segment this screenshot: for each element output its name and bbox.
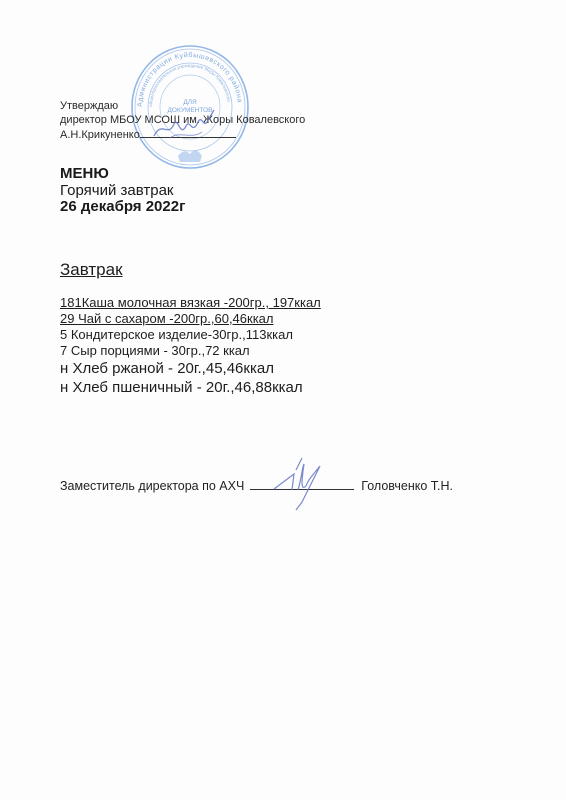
approval-block: Утверждаю директор МБОУ МСОШ им. Жоры Ко… [60,100,305,143]
menu-item: 5 Кондитерское изделие-30гр.,113ккал [60,327,321,343]
menu-date: 26 декабря 2022г [60,199,185,216]
approval-line-approve: Утверждаю [60,100,305,114]
menu-item: 181Каша молочная вязкая -200гр., 197ккал [60,295,321,311]
menu-list: 181Каша молочная вязкая -200гр., 197ккал… [60,295,321,397]
director-name: А.Н.Крикуненко [60,129,140,141]
footer-signature-block: Заместитель директора по АХЧ Головченко … [60,478,453,493]
menu-item: н Хлеб ржаной - 20г.,45,46ккал [60,359,321,378]
approval-line-director: директор МБОУ МСОШ им. Жоры Ковалевского [60,114,305,128]
page-title: МЕНЮ [60,166,185,183]
deputy-name: Головченко Т.Н. [361,479,453,493]
menu-item: 29 Чай с сахаром -200гр.,60,46ккал [60,311,321,327]
signature-line [140,127,236,138]
signature-line [250,478,354,490]
approval-line-name: А.Н.Крикуненко [60,127,305,143]
deputy-position: Заместитель директора по АХЧ [60,479,244,493]
document-title-block: МЕНЮ Горячий завтрак 26 декабря 2022г [60,166,185,216]
menu-item: н Хлеб пшеничный - 20г.,46,88ккал [60,378,321,397]
menu-subtitle: Горячий завтрак [60,183,185,200]
menu-item: 7 Сыр порциями - 30гр.,72 ккал [60,343,321,359]
meal-heading: Завтрак [60,260,123,280]
